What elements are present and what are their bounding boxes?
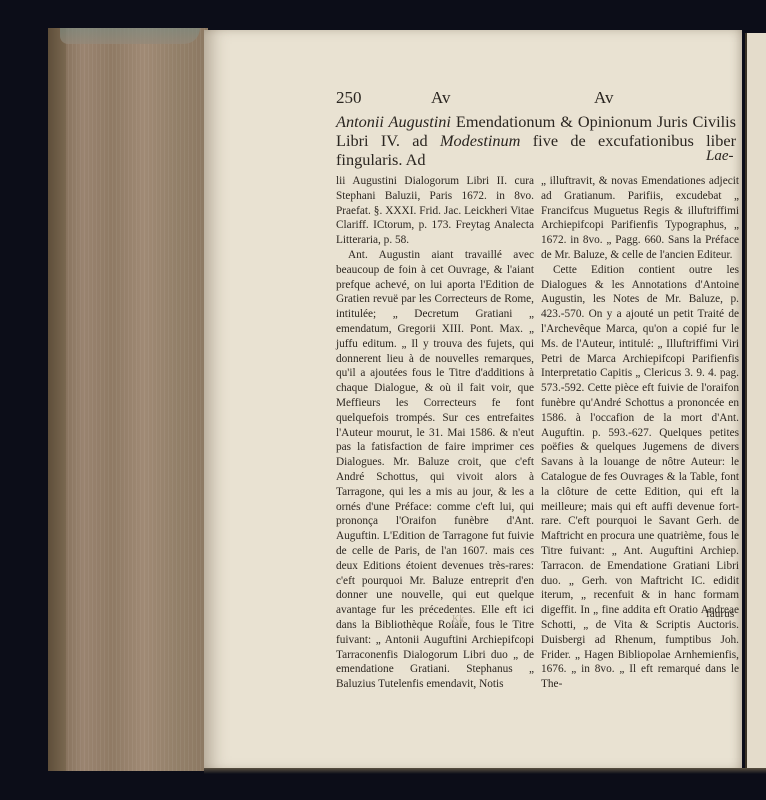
entry-title: Antonii Augustini Emendationum & Opinion…	[336, 112, 736, 169]
facing-page-edge	[745, 33, 766, 771]
title-catchword: Lae-	[706, 148, 734, 165]
left-column: lii Augustini Dialogorum Libri II. cura …	[336, 174, 534, 692]
page-catchword: faurus	[706, 608, 734, 620]
running-head-right: Av	[594, 88, 614, 108]
right-paragraph-2: Cette Edition contient outre les Dialogu…	[541, 263, 739, 692]
signature-mark: Kk	[452, 614, 464, 625]
left-paragraph-2: Ant. Augustin aiant travaillé avec beauc…	[336, 248, 534, 692]
running-head-left: Av	[431, 88, 451, 108]
entry-title-name: Modestinum	[440, 131, 521, 150]
page-shadow	[204, 768, 766, 774]
left-paragraph-1: lii Augustini Dialogorum Libri II. cura …	[336, 174, 534, 248]
book-page-edges	[48, 28, 208, 771]
entry-author: Antonii Augustini	[336, 112, 451, 131]
page-number: 250	[336, 88, 362, 108]
right-paragraph-1: „ illuftravit, & novas Emendationes adje…	[541, 174, 739, 263]
running-header: 250 Av Av	[336, 88, 736, 110]
book-top-edge	[60, 28, 200, 44]
